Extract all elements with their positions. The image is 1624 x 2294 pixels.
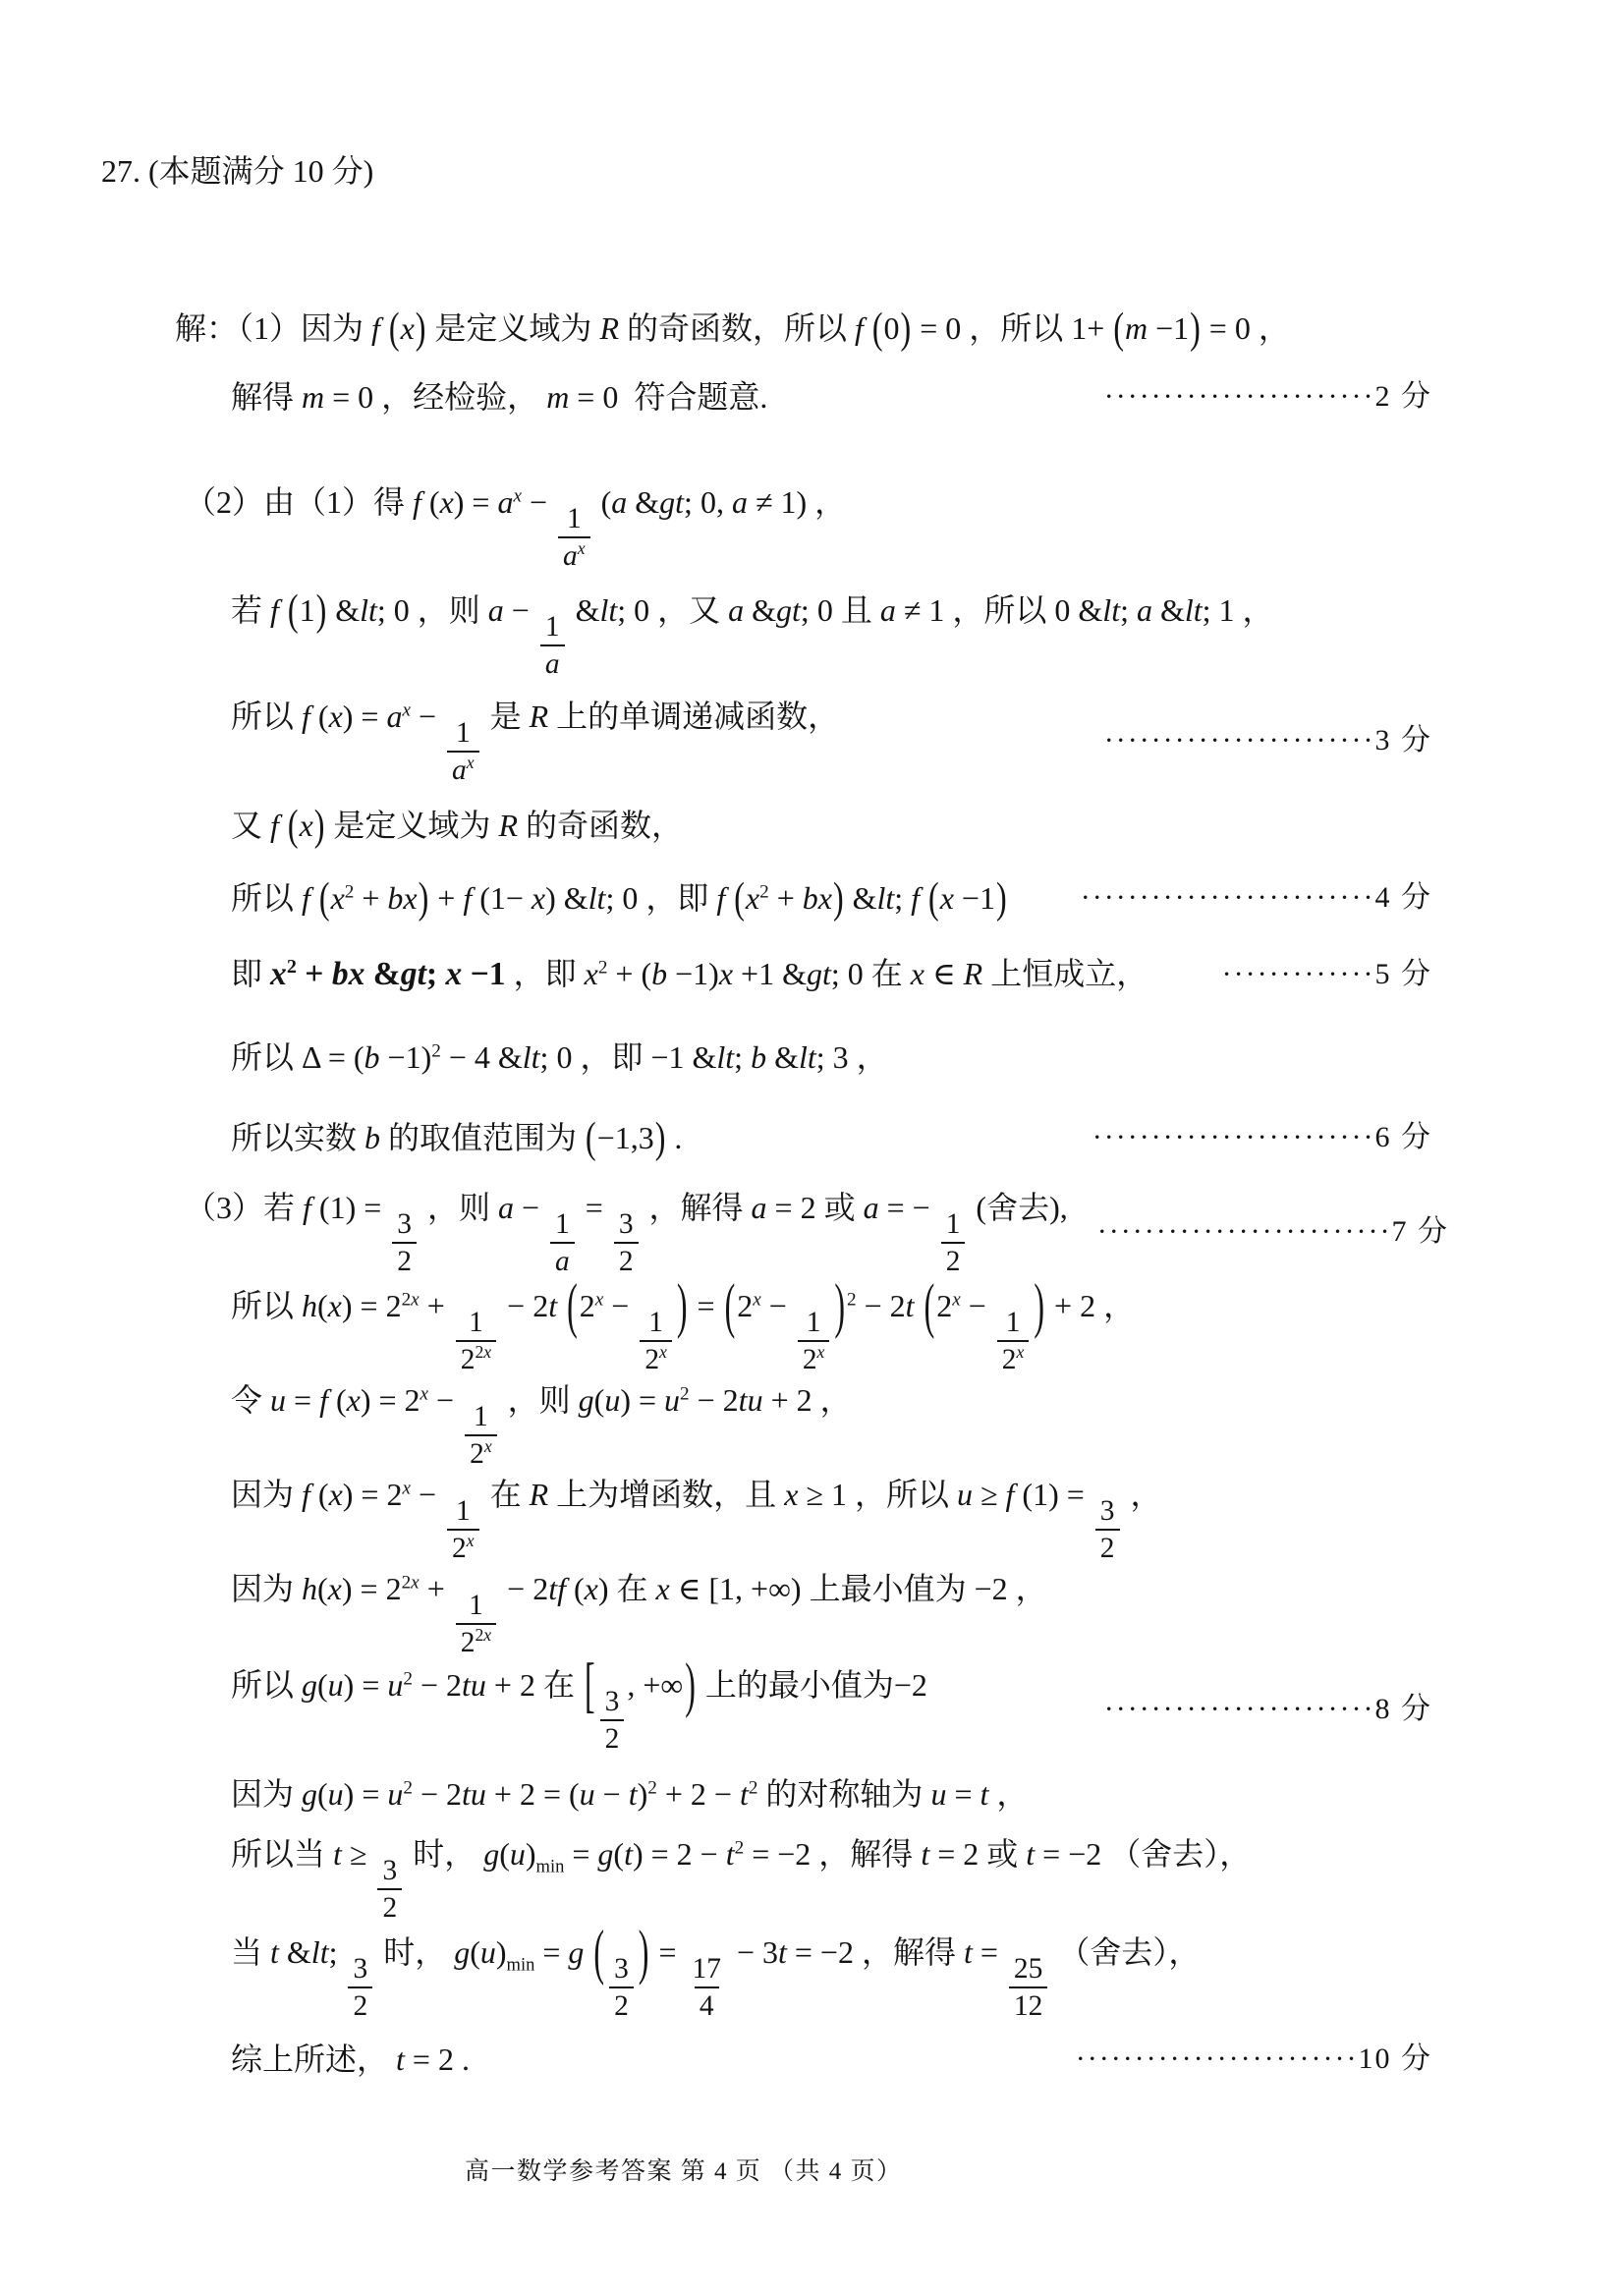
fraction: 32 xyxy=(614,1209,639,1276)
math-expression: 所以 h(x) = 22x + 122x − 2t (2x − 12x) = (… xyxy=(231,1286,1135,1374)
math-expression: 因为 g(u) = u2 − 2tu + 2 = (u − t)2 + 2 − … xyxy=(231,1774,1028,1814)
score-marker: ························10 分 xyxy=(1046,2041,1432,2078)
solution-line: 综上所述， t = 2 .························10 … xyxy=(231,2036,1432,2083)
math-expression: 所以 g(u) = u2 − 2tu + 2 在 [32, +∞) 上的最小值为… xyxy=(231,1665,927,1754)
big-paren-left: ( xyxy=(567,1266,578,1343)
score-marker: ·······················3 分 xyxy=(1075,722,1432,759)
math-expression: 解：（1）因为 f (x) 是定义域为 R 的奇函数，所以 f (0) = 0 … xyxy=(175,308,1290,348)
big-paren-left: ( xyxy=(725,1266,736,1343)
math-expression: 因为 h(x) = 22x + 122x − 2tf (x) 在 x ∈ [1,… xyxy=(231,1569,1047,1657)
paren-right: ) xyxy=(833,869,844,924)
fraction: 32 xyxy=(1095,1496,1120,1563)
big-bracket-left: [ xyxy=(585,1646,595,1722)
fraction: 12x xyxy=(465,1402,497,1469)
solution-line: 所以 f (x) = ax − 1ax 是 R 上的单调递减函数，·······… xyxy=(231,696,1432,786)
solution-line: 因为 g(u) = u2 − 2tu + 2 = (u − t)2 + 2 − … xyxy=(231,1770,1432,1818)
solution-line: 令 u = f (x) = 2x − 12x ，则 g(u) = u2 − 2t… xyxy=(231,1379,1432,1470)
solution-body: 27. (本题满分 10 分)解：（1）因为 f (x) 是定义域为 R 的奇函… xyxy=(0,147,1624,2083)
math-expression: 所以 f (x2 + bx) + f (1− x) &lt; 0 ，即 f (x… xyxy=(231,878,1008,918)
score-marker: ·······················2 分 xyxy=(1075,378,1432,416)
fraction: 32 xyxy=(348,1954,372,2021)
solution-line: 所以 g(u) = u2 − 2tu + 2 在 [32, +∞) 上的最小值为… xyxy=(231,1664,1432,1755)
solution-line: 解：（1）因为 f (x) 是定义域为 R 的奇函数，所以 f (0) = 0 … xyxy=(175,305,1432,352)
fraction: 12x xyxy=(798,1308,830,1374)
paren-right: ) xyxy=(655,1109,666,1164)
solution-line: 若 f (1) &lt; 0 ，则 a − 1a &lt; 0 ，又 a &gt… xyxy=(231,589,1432,680)
fraction: 32 xyxy=(609,1954,634,2021)
math-expression: 所以当 t ≥ 32 时， g(u)min = g(t) = 2 − t2 = … xyxy=(231,1834,1251,1923)
page-footer: 高一数学参考答案 第 4 页 （共 4 页） xyxy=(465,2152,903,2187)
fraction: 12x xyxy=(997,1308,1030,1374)
paren-right: ) xyxy=(314,797,325,852)
paren-left: ( xyxy=(288,582,299,637)
math-expression: 所以实数 b 的取值范围为 (−1,3) . xyxy=(231,1118,682,1157)
paren-right: ) xyxy=(901,300,912,355)
math-expression: 又 f (x) 是定义域为 R 的奇函数， xyxy=(231,806,683,845)
score-marker: ·······················8 分 xyxy=(1075,1691,1432,1728)
big-paren-right: ) xyxy=(677,1266,688,1343)
fraction: 2512 xyxy=(1009,1954,1047,2021)
fraction: 122x xyxy=(456,1308,496,1374)
fraction: 32 xyxy=(377,1856,402,1923)
solution-line: 因为 f (x) = 2x − 12x 在 R 上为增函数，且 x ≥ 1 ，所… xyxy=(231,1474,1432,1564)
paren-right: ) xyxy=(419,869,429,924)
big-paren-right: ) xyxy=(1034,1266,1044,1343)
math-expression: （2）由（1）得 f (x) = ax − 1ax (a &gt; 0, a ≠… xyxy=(185,482,846,571)
fraction: 174 xyxy=(688,1954,726,2021)
paren-left: ( xyxy=(928,869,939,924)
big-paren-right: ) xyxy=(834,1266,845,1343)
big-paren-right: ) xyxy=(639,1913,649,1989)
score-marker: ·············5 分 xyxy=(1193,956,1432,993)
paren-left: ( xyxy=(734,869,745,924)
solution-line: 解得 m = 0 ，经检验， m = 0 符合题意.··············… xyxy=(231,373,1432,420)
math-expression: 若 f (1) &lt; 0 ，则 a − 1a &lt; 0 ，又 a &gt… xyxy=(231,590,1274,679)
fraction: 12x xyxy=(640,1308,672,1374)
paren-right: ) xyxy=(316,582,327,637)
score-marker: ·························7 分 xyxy=(1068,1213,1449,1251)
solution-line: 又 f (x) 是定义域为 R 的奇函数， xyxy=(231,802,1432,849)
solution-line: 因为 h(x) = 22x + 122x − 2tf (x) 在 x ∈ [1,… xyxy=(231,1568,1432,1658)
paren-left: ( xyxy=(288,797,299,852)
math-expression: 27. (本题满分 10 分) xyxy=(101,151,373,191)
paren-right: ) xyxy=(416,300,426,355)
math-expression: 综上所述， t = 2 . xyxy=(231,2040,470,2079)
paren-right: ) xyxy=(996,869,1007,924)
math-expression: 令 u = f (x) = 2x − 12x ，则 g(u) = u2 − 2t… xyxy=(231,1380,852,1469)
math-expression: 所以 f (x) = ax − 1ax 是 R 上的单调递减函数， xyxy=(231,697,839,785)
fraction: 1ax xyxy=(558,504,590,571)
fraction: 1a xyxy=(540,612,565,679)
fraction: 122x xyxy=(456,1591,496,1657)
math-expression: 解得 m = 0 ，经检验， m = 0 符合题意. xyxy=(231,377,767,417)
problem-header: 27. (本题满分 10 分) xyxy=(101,147,1432,195)
solution-line: 所以实数 b 的取值范围为 (−1,3) .··················… xyxy=(231,1114,1432,1161)
solution-line: 所以当 t ≥ 32 时， g(u)min = g(t) = 2 − t2 = … xyxy=(231,1833,1432,1924)
solution-line: （3）若 f (1) = 32 ，则 a − 1a = 32 ，解得 a = 2… xyxy=(185,1187,1432,1277)
big-paren-left: ( xyxy=(593,1913,604,1989)
math-expression: （3）若 f (1) = 32 ，则 a − 1a = 32 ，解得 a = 2… xyxy=(185,1188,1068,1276)
solution-line: 所以 h(x) = 22x + 122x − 2t (2x − 12x) = (… xyxy=(231,1285,1432,1375)
fraction: 32 xyxy=(600,1687,625,1754)
solution-line: 即 x2 + bx &gt; x −1 ，即 x2 + (b −1)x +1 &… xyxy=(231,951,1432,998)
fraction: 1ax xyxy=(447,718,479,785)
score-marker: ························6 分 xyxy=(1063,1119,1432,1156)
paren-left: ( xyxy=(1113,300,1124,355)
math-expression: 因为 f (x) = 2x − 12x 在 R 上为增函数，且 x ≥ 1 ，所… xyxy=(231,1475,1162,1563)
solution-line: 所以 Δ = (b −1)2 − 4 &lt; 0 ，即 −1 &lt; b &… xyxy=(231,1034,1432,1081)
answer-sheet-page: 27. (本题满分 10 分)解：（1）因为 f (x) 是定义域为 R 的奇函… xyxy=(0,0,1624,2294)
solution-line: （2）由（1）得 f (x) = ax − 1ax (a &gt; 0, a ≠… xyxy=(185,481,1432,572)
paren-left: ( xyxy=(872,300,883,355)
fraction: 12x xyxy=(447,1496,479,1563)
solution-line: 所以 f (x2 + bx) + f (1− x) &lt; 0 ，即 f (x… xyxy=(231,874,1432,922)
fraction: 32 xyxy=(392,1209,417,1276)
math-expression: 当 t &lt; 32 时， g(u)min = g (32) = 174 − … xyxy=(231,1932,1200,2021)
big-paren-left: ( xyxy=(924,1266,935,1343)
paren-left: ( xyxy=(319,869,330,924)
paren-left: ( xyxy=(586,1109,596,1164)
paren-left: ( xyxy=(389,300,400,355)
big-paren-right: ) xyxy=(685,1646,696,1722)
solution-line: 当 t &lt; 32 时， g(u)min = g (32) = 174 − … xyxy=(231,1931,1432,2022)
paren-right: ) xyxy=(1190,300,1201,355)
math-expression: 所以 Δ = (b −1)2 − 4 &lt; 0 ，即 −1 &lt; b &… xyxy=(231,1037,888,1077)
math-expression: 即 x2 + bx &gt; x −1 ，即 x2 + (b −1)x +1 &… xyxy=(231,954,1148,995)
score-marker: ·························4 分 xyxy=(1051,879,1432,917)
fraction: 12 xyxy=(941,1209,966,1276)
